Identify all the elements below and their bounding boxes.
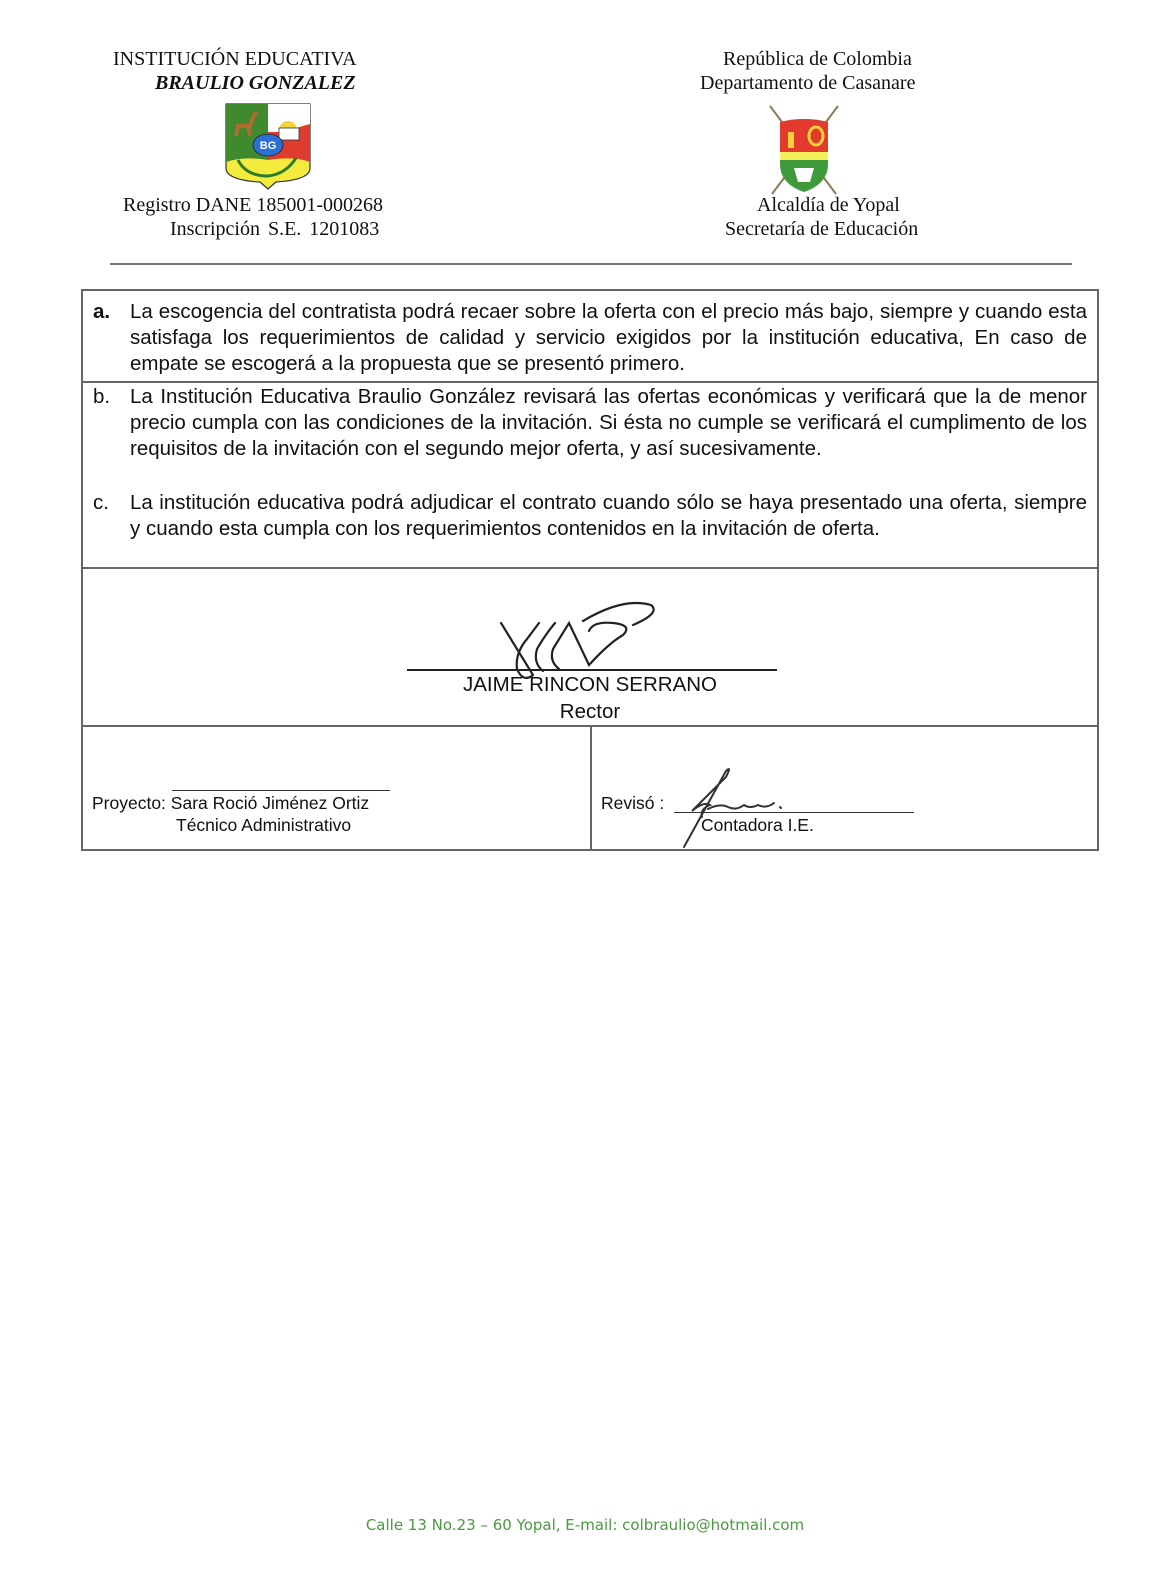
item-marker: b. — [93, 384, 129, 410]
proyecto-signature-line — [172, 790, 390, 791]
institution-crest-icon: BG — [224, 102, 312, 190]
item-text: La escogencia del contratista podrá reca… — [130, 299, 1087, 377]
list-item: b. La Institución Educativa Braulio Gonz… — [93, 384, 1087, 462]
conditions-table: a. La escogencia del contratista podrá r… — [81, 289, 1099, 851]
item-text: La Institución Educativa Braulio Gonzále… — [130, 384, 1087, 462]
header-divider — [110, 263, 1072, 265]
item-text: La institución educativa podrá adjudicar… — [130, 490, 1087, 542]
signature-line — [407, 669, 777, 671]
mayoralty-line: Alcaldía de Yopal — [757, 194, 900, 217]
institution-name: BRAULIO GONZALEZ — [155, 72, 356, 95]
svg-text:BG: BG — [260, 140, 277, 152]
republic-line: República de Colombia — [723, 48, 912, 71]
secretariat-line: Secretaría de Educación — [725, 218, 918, 241]
reviso-cell: Revisó : Contadora I.E. — [592, 727, 1097, 849]
reviso-role: Contadora I.E. — [701, 815, 814, 836]
yopal-coat-of-arms-icon — [764, 104, 844, 196]
signature-scribble-icon — [493, 583, 673, 683]
footer-address: Calle 13 No.23 – 60 Yopal, E-mail: colbr… — [0, 1516, 1170, 1534]
table-row: a. La escogencia del contratista podrá r… — [83, 291, 1097, 383]
list-item: c. La institución educativa podrá adjudi… — [93, 490, 1087, 542]
reviso-signature-scribble-icon — [680, 765, 790, 849]
reviso-label: Revisó : — [601, 793, 664, 814]
reviso-signature-line — [674, 812, 914, 813]
list-item: a. La escogencia del contratista podrá r… — [93, 299, 1087, 377]
registro-dane: Registro DANE 185001-000268 — [123, 194, 383, 217]
item-marker: a. — [93, 299, 129, 325]
institution-line1: INSTITUCIÓN EDUCATIVA — [113, 48, 357, 71]
department-line: Departamento de Casanare — [700, 72, 915, 95]
signer-role: Rector — [83, 700, 1097, 724]
proyecto-cell: Proyecto: Sara Roció Jiménez Ortiz Técni… — [83, 727, 592, 849]
item-marker: c. — [93, 490, 129, 516]
proyecto-role: Técnico Administrativo — [176, 815, 351, 836]
inscripcion: Inscripción S.E. 1201083 — [170, 218, 379, 241]
approval-row: Proyecto: Sara Roció Jiménez Ortiz Técni… — [83, 727, 1097, 849]
signer-name: JAIME RINCON SERRANO — [83, 673, 1097, 697]
rector-signature-block: JAIME RINCON SERRANO Rector — [83, 569, 1097, 727]
proyecto-label: Proyecto: Sara Roció Jiménez Ortiz — [92, 793, 369, 814]
table-row: b. La Institución Educativa Braulio Gonz… — [83, 383, 1097, 569]
